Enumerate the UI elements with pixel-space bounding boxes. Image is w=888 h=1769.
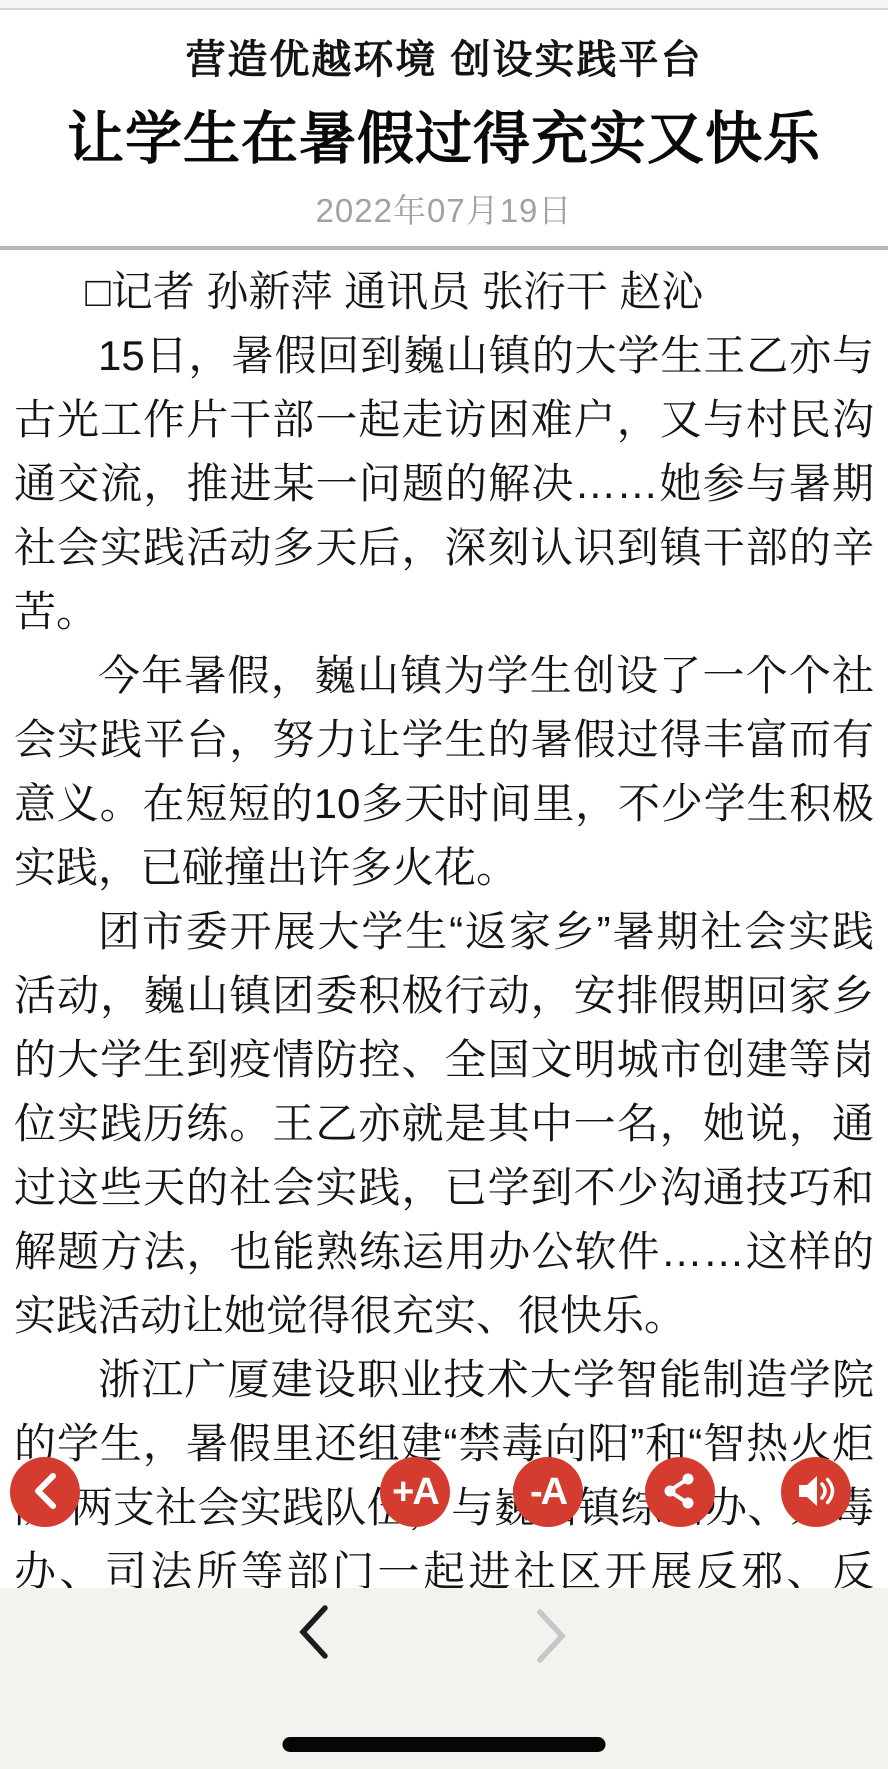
article-paragraph: 今年暑假，巍山镇为学生创设了一个个社会实践平台，努力让学生的暑假过得丰富而有意义… xyxy=(14,644,874,900)
home-indicator[interactable] xyxy=(283,1737,606,1752)
article-reader-page: 营造优越环境 创设实践平台 让学生在暑假过得充实又快乐 2022年07月19日 … xyxy=(0,0,888,1769)
bottom-navigation-bar xyxy=(0,1588,888,1769)
read-aloud-button[interactable] xyxy=(781,1457,851,1527)
article-date: 2022年07月19日 xyxy=(0,185,888,232)
chevron-left-icon xyxy=(28,1469,62,1516)
article-byline: □记者 孙新萍 通讯员 张洐干 赵沁 xyxy=(14,260,874,324)
font-decrease-button[interactable]: -A xyxy=(513,1457,583,1527)
article-paragraph: 15日，暑假回到巍山镇的大学生王乙亦与古光工作片干部一起走访困难户，又与村民沟通… xyxy=(14,324,874,644)
share-icon xyxy=(660,1471,700,1514)
next-page-button[interactable] xyxy=(520,1605,580,1667)
article-header: 营造优越环境 创设实践平台 让学生在暑假过得充实又快乐 2022年07月19日 xyxy=(0,10,888,250)
top-status-strip xyxy=(0,0,888,10)
chevron-right-icon xyxy=(520,1655,580,1670)
font-increase-button[interactable]: +A xyxy=(380,1457,450,1527)
article-title: 让学生在暑假过得充实又快乐 xyxy=(0,93,888,175)
share-button[interactable] xyxy=(645,1457,715,1527)
font-increase-label: +A xyxy=(392,1473,438,1511)
prev-page-button[interactable] xyxy=(285,1601,345,1663)
article-paragraph: 团市委开展大学生“返家乡”暑期社会实践活动，巍山镇团委积极行动，安排假期回家乡的… xyxy=(14,900,874,1348)
chevron-left-icon xyxy=(285,1651,345,1666)
font-decrease-label: -A xyxy=(530,1473,566,1511)
speaker-icon xyxy=(794,1471,838,1514)
back-button[interactable] xyxy=(10,1457,80,1527)
article-subtitle: 营造优越环境 创设实践平台 xyxy=(0,28,888,85)
